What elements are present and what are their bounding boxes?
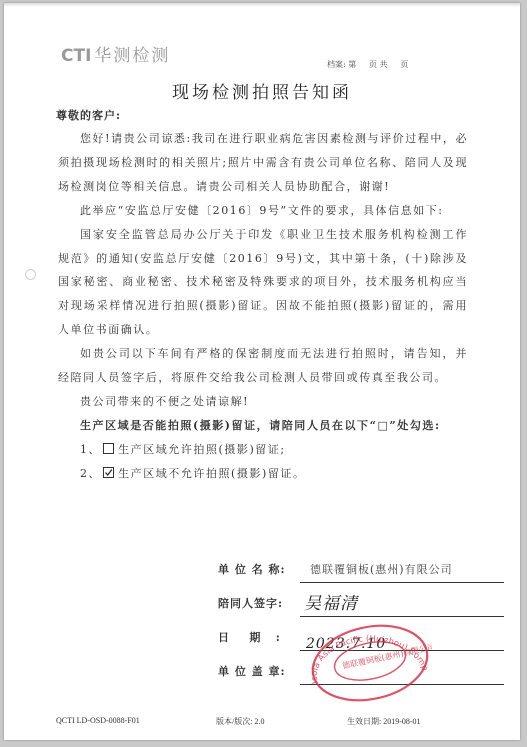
binder-hole-icon [25,269,36,280]
option-number: 2、 [80,467,101,480]
logo-chinese: 华测检测 [94,46,170,66]
photo-permission-question: 生产区域是否能拍照(摄影)留证，请陪同人员在以下“□”处勾选: [58,414,468,438]
company-seal-stamp-icon: Isola Asia Pacific (Huizhou) Company Lim… [304,621,432,703]
company-name-row: 单 位 名 称: 德联覆铜板(惠州)有限公司 [214,551,504,585]
greeting: 尊敬的客户: [56,107,121,123]
date-label: 日 期 : [218,629,281,645]
letter-body: 您好!请贵公司谅悉:我司在进行职业病危害因素检测与评价过程中，必须拍摄现场检测时… [58,127,468,486]
option-deny: 2、生产区域不允许拍照(摄影)留证。 [58,462,468,486]
paragraph-regulation: 国家安全监管总局办公厅关于印发《职业卫生技术服务机构检测工作规范》的通知(安监总… [58,223,468,343]
footer-effective-date: 生效日期: 2019-08-01 [347,716,421,727]
escort-signature-underline [300,616,504,617]
option-number: 1、 [80,443,101,456]
footer-version: 版本/版次: 2.0 [216,716,264,727]
company-name-label: 单 位 名 称: [218,561,286,577]
paragraph-confidentiality: 如贵公司以下车间有严格的保密制度而无法进行拍照时，请告知，并经陪同人员签字后，将… [58,342,468,390]
document-title: 现场检测拍照告知函 [4,78,520,103]
document-page: CTI华测检测 档案: 第 页 共 页 现场检测拍照告知函 尊敬的客户: 您好!… [4,3,520,740]
company-logo: CTI华测检测 [61,41,170,66]
archive-page-number: 档案: 第 页 共 页 [327,59,408,70]
escort-signature-row: 陪同人签字: 吴福清 [214,585,504,619]
option-label: 生产区域允许拍照(摄影)留证; [118,443,286,456]
paragraph-reference: 此举应“安监总厅安健〔2016〕9号”文件的要求，具体信息如下: [58,199,468,223]
company-name-underline [300,582,504,583]
paragraph-intro: 您好!请贵公司谅悉:我司在进行职业病危害因素检测与评价过程中，必须拍摄现场检测时… [58,127,468,199]
company-name-value[interactable]: 德联覆铜板(惠州)有限公司 [310,561,453,577]
checkbox-allow[interactable] [103,443,114,454]
footer-doc-code: QCTI LD-OSD-0088-F01 [56,716,140,725]
checkbox-deny-checked[interactable] [103,467,114,478]
handwritten-signature[interactable]: 吴福清 [304,589,358,614]
escort-signature-label: 陪同人签字: [218,595,283,611]
option-label: 生产区域不允许拍照(摄影)留证。 [118,467,305,480]
page-top-shadow [4,3,520,7]
option-allow: 1、生产区域允许拍照(摄影)留证; [58,438,468,462]
logo-latin: CTI [61,46,91,66]
paragraph-apology: 贵公司带来的不便之处请谅解! [58,390,468,414]
seal-label: 单 位 盖 章: [218,663,286,679]
